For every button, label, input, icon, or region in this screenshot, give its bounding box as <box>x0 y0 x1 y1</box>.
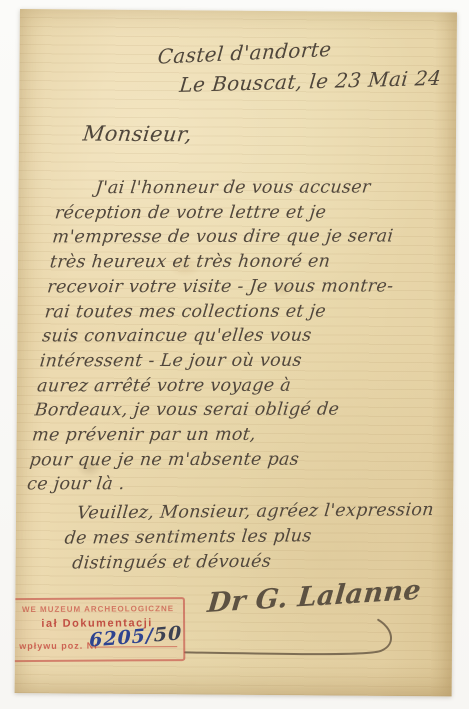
letter-closing: Veuillez, Monsieur, agréez l'expression … <box>71 498 435 576</box>
letter-line: ce jour là . <box>26 472 414 498</box>
letter-line: réception de votre lettre et je <box>54 200 442 226</box>
letter-line: suis convaincue qu'elles vous <box>41 324 429 350</box>
letter-line: Bordeaux, je vous serai obligé de <box>33 398 421 424</box>
closing-line: distingués et dévoués <box>71 548 430 576</box>
closing-line: de mes sentiments les plus <box>63 523 432 552</box>
closing-line: Veuillez, Monsieur, agréez l'expression <box>76 498 435 526</box>
letter-line: J'ai l'honneur de vous accuser <box>56 175 444 201</box>
letter-line: intéressent - Le jour où vous <box>38 348 426 374</box>
letter-page: Castel d'andorte Le Bouscat, le 23 Mai 2… <box>15 9 457 696</box>
letterhead-date: Le Bouscat, le 23 Mai 24 <box>178 66 442 97</box>
salutation: Monsieur, <box>82 122 194 147</box>
letter-line: me prévenir par un mot, <box>31 422 419 448</box>
signature: Dr G. Lalanne <box>206 575 422 619</box>
letter-line: aurez arrêté votre voyage à <box>36 373 424 399</box>
scan-background: Castel d'andorte Le Bouscat, le 23 Mai 2… <box>0 0 469 709</box>
letter-line: m'empresse de vous dire que je serai <box>51 225 439 251</box>
letter-line: très heureux et très honoré en <box>49 249 437 275</box>
letter-line: rai toutes mes collections et je <box>43 299 431 325</box>
letter-line: pour que je ne m'absente pas <box>28 447 416 473</box>
letterhead-place: Castel d'andorte <box>157 37 333 69</box>
letter-body: J'ai l'honneur de vous accuser réception… <box>26 175 444 497</box>
accession-number-suffix: 50 <box>154 622 183 646</box>
letter-line: recevoir votre visite - Je vous montre- <box>46 274 434 300</box>
stamp-institution: WE MUZEUM ARCHEOLOGICZNE <box>15 604 183 614</box>
